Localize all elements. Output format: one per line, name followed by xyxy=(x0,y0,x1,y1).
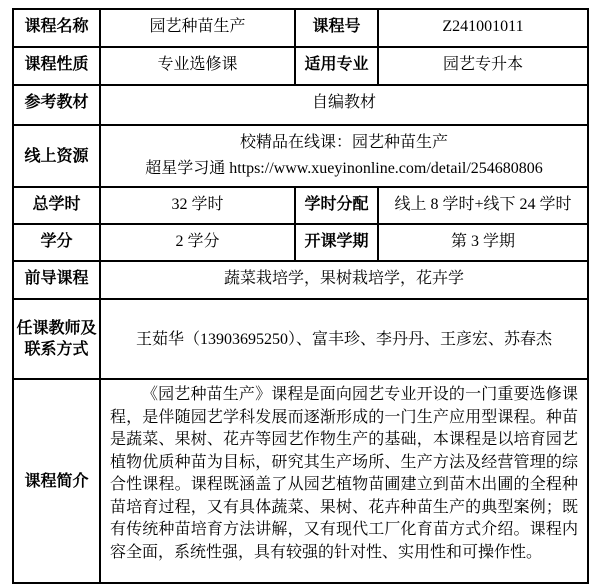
online-course-line: 校精品在线课：园艺种苗生产 xyxy=(105,130,583,156)
course-number-value: Z241001011 xyxy=(378,9,588,47)
course-info-table: 课程名称 园艺种苗生产 课程号 Z241001011 课程性质 专业选修课 适用… xyxy=(12,8,589,584)
course-nature-value: 专业选修课 xyxy=(100,47,295,85)
course-introduction-value: 《园艺种苗生产》课程是面向园艺专业开设的一门重要选修课程，是伴随园艺学科发展而逐… xyxy=(100,379,588,583)
applicable-major-label: 适用专业 xyxy=(295,47,378,85)
course-introduction-text: 《园艺种苗生产》课程是面向园艺专业开设的一门重要选修课程，是伴随园艺学科发展而逐… xyxy=(110,384,578,564)
online-resources-value: 校精品在线课：园艺种苗生产 超星学习通 https://www.xueyinon… xyxy=(100,125,588,187)
online-course-url: 超星学习通 https://www.xueyinonline.com/detai… xyxy=(105,156,583,182)
semester-label: 开课学期 xyxy=(295,224,378,261)
row-total-hours: 总学时 32 学时 学时分配 线上 8 学时+线下 24 学时 xyxy=(13,187,588,224)
semester-value: 第 3 学期 xyxy=(378,224,588,261)
prerequisite-courses-label: 前导课程 xyxy=(13,261,100,299)
credits-value: 2 学分 xyxy=(100,224,295,261)
row-course-name: 课程名称 园艺种苗生产 课程号 Z241001011 xyxy=(13,9,588,47)
reference-textbook-label: 参考教材 xyxy=(13,85,100,125)
online-resources-label: 线上资源 xyxy=(13,125,100,187)
row-course-introduction: 课程简介 《园艺种苗生产》课程是面向园艺专业开设的一门重要选修课程，是伴随园艺学… xyxy=(13,379,588,583)
prerequisite-courses-value: 蔬菜栽培学，果树栽培学，花卉学 xyxy=(100,261,588,299)
row-prerequisite-courses: 前导课程 蔬菜栽培学，果树栽培学，花卉学 xyxy=(13,261,588,299)
total-hours-label: 总学时 xyxy=(13,187,100,224)
instructors-value: 王茹华（13903695250）、富丰珍、李丹丹、王彦宏、苏春杰 xyxy=(100,299,588,379)
reference-textbook-value: 自编教材 xyxy=(100,85,588,125)
hours-allocation-value: 线上 8 学时+线下 24 学时 xyxy=(378,187,588,224)
course-name-label: 课程名称 xyxy=(13,9,100,47)
hours-allocation-label: 学时分配 xyxy=(295,187,378,224)
course-name-value: 园艺种苗生产 xyxy=(100,9,295,47)
row-credits: 学分 2 学分 开课学期 第 3 学期 xyxy=(13,224,588,261)
course-number-label: 课程号 xyxy=(295,9,378,47)
row-course-nature: 课程性质 专业选修课 适用专业 园艺专升本 xyxy=(13,47,588,85)
course-nature-label: 课程性质 xyxy=(13,47,100,85)
row-instructors: 任课教师及联系方式 王茹华（13903695250）、富丰珍、李丹丹、王彦宏、苏… xyxy=(13,299,588,379)
applicable-major-value: 园艺专升本 xyxy=(378,47,588,85)
row-reference-textbook: 参考教材 自编教材 xyxy=(13,85,588,125)
row-online-resources: 线上资源 校精品在线课：园艺种苗生产 超星学习通 https://www.xue… xyxy=(13,125,588,187)
credits-label: 学分 xyxy=(13,224,100,261)
instructors-label: 任课教师及联系方式 xyxy=(13,299,100,379)
total-hours-value: 32 学时 xyxy=(100,187,295,224)
course-introduction-label: 课程简介 xyxy=(13,379,100,583)
